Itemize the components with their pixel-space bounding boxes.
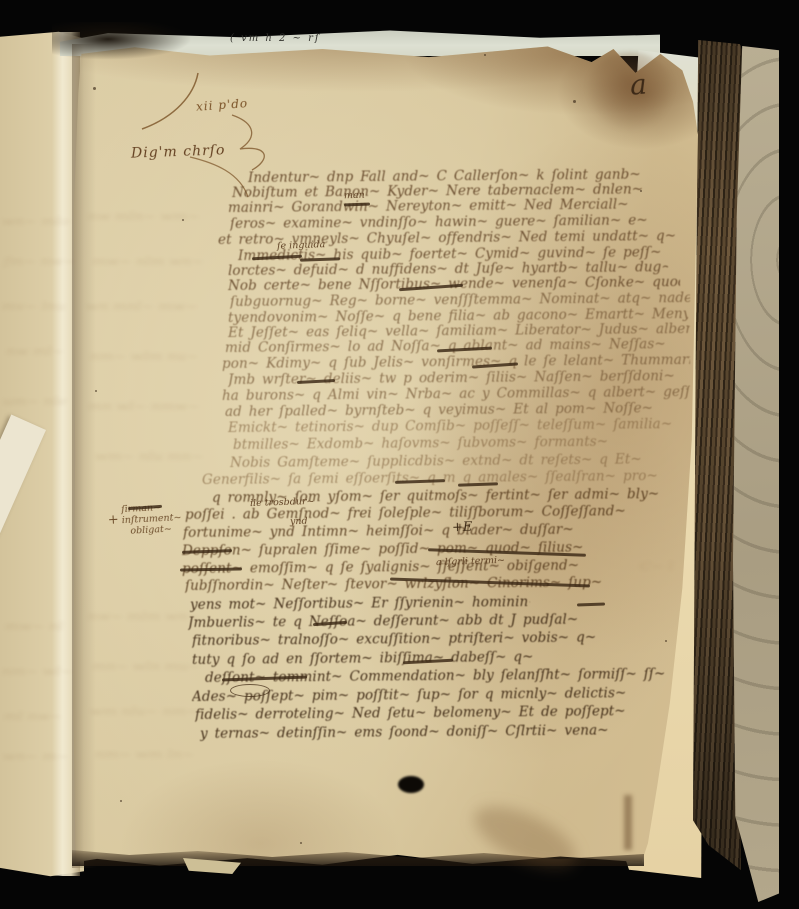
showthrough-ghost-line: mw~ nlm wn~ [92, 255, 204, 268]
paper-speck [484, 54, 486, 56]
showthrough-ghost-line: mw~ nl [5, 620, 63, 633]
showthrough-ghost-line: wm nlu~ nm~ [90, 705, 199, 718]
showthrough-ghost-line: wm~ nlu mn~ [95, 450, 204, 463]
showthrough-ghost-line: nw ml~ [6, 345, 64, 358]
manuscript-text-line: fidelis~ derroteling~ Ned ſetu~ belomeny… [195, 703, 645, 724]
handwriting-layer: wn~ mloſm~ nw~mv~ lnunw ml~um~ nlemw~ nl… [0, 0, 799, 909]
showthrough-ghost-line: nw mln~ wm~ [88, 210, 200, 223]
showthrough-ghost-line: wn mnl~ mw~ [86, 300, 198, 313]
manuscript-text-line: fitnoribus~ tralnoſſo~ excuſſition~ ptri… [192, 629, 632, 650]
showthrough-ghost-line: wn~ m~ [3, 750, 69, 763]
showthrough-ghost-line: mv~ lnu [2, 300, 66, 313]
paper-speck [640, 190, 642, 192]
paper-speck [93, 87, 96, 90]
circled-word-mark [230, 684, 270, 697]
showthrough-ghost-line: C~ l [640, 560, 673, 573]
paper-speck [182, 219, 184, 221]
interlinear-insertion: ynd [290, 516, 308, 528]
showthrough-ghost-line: ml nw~ [4, 710, 62, 723]
showthrough-ghost-line: mn~ wln mu~ [92, 660, 201, 673]
showthrough-ghost-line: wn~ mlo [2, 215, 69, 228]
manuscript-text-line: y ternas~ detinſſin~ ems ſoond~ doniſſ~ … [200, 722, 622, 743]
interlinear-insertion: ſe inguida [277, 239, 326, 252]
paper-speck [120, 800, 122, 802]
showthrough-ghost-line: nw~ mlm wn~ [88, 610, 200, 623]
showthrough-ghost-line: mn wl~ nmw~ [88, 400, 200, 413]
interlinear-insertion: ile trosbdur~ [250, 496, 315, 509]
showthrough-ghost-line: um~ nle [3, 395, 67, 408]
interlinear-insertion: +E [452, 520, 473, 536]
showthrough-ghost-line: ſm~ nw~ [4, 255, 75, 268]
showthrough-ghost-line: nm~ wm ln~ [95, 748, 194, 761]
showthrough-ghost-line: nm~ wl~ [2, 665, 73, 678]
paper-speck [665, 640, 667, 642]
strikethrough-mark [128, 505, 162, 510]
paper-speck [95, 390, 97, 392]
manuscript-photo: ( vm h 2 ~ rſ a xii p'do Dig'm chrſo + ſ… [0, 0, 799, 909]
showthrough-ghost-line: nm~ wlm nu~ [90, 350, 199, 363]
paper-speck [300, 842, 302, 844]
manuscript-text-line: tuty q ſo ad en ſſortem~ ibiſſima~ dabeſ… [192, 649, 592, 669]
strikethrough-mark [577, 603, 605, 607]
interlinear-insertion: man [344, 190, 365, 202]
paper-speck [573, 100, 576, 103]
manuscript-text-line: yens mot~ Neſſortibus~ Er ſſyrienin~ hom… [190, 594, 530, 614]
